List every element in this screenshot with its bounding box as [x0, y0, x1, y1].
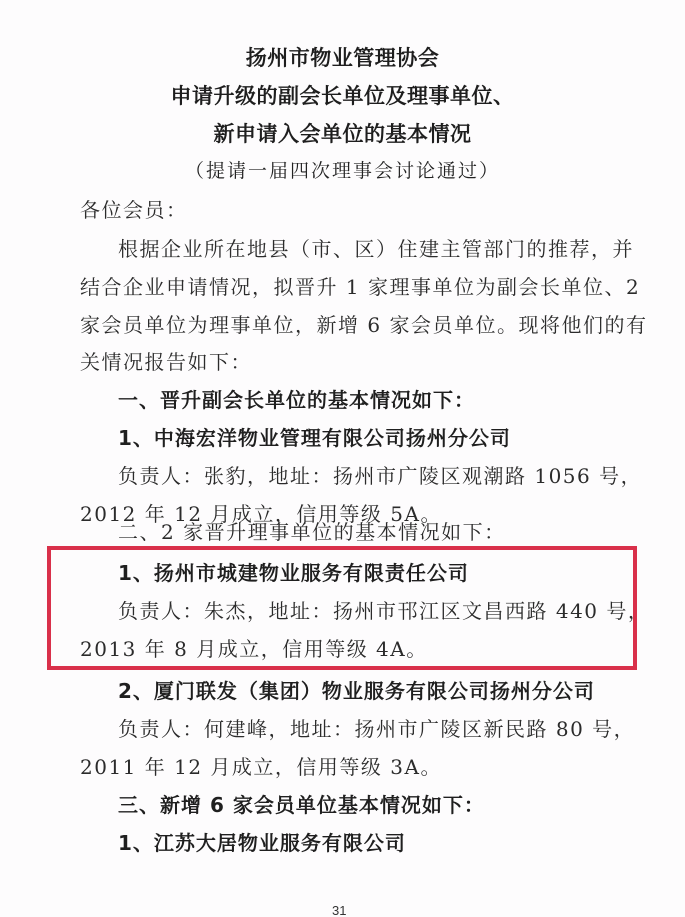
salutation: 各位会员：: [80, 194, 188, 223]
intro-line-3: 家会员单位为理事单位，新增 6 家会员单位。现将他们的有: [80, 309, 647, 338]
section-2-entry-1-name: 1、扬州市城建物业服务有限责任公司: [118, 557, 469, 586]
intro-line-4: 关情况报告如下：: [80, 346, 252, 375]
section-2-entry-1-detail-1: 负责人：朱杰，地址：扬州市邗江区文昌西路 440 号，: [118, 595, 649, 624]
section-1-entry-1-name: 1、中海宏洋物业管理有限公司扬州分公司: [118, 422, 511, 451]
section-3-heading: 三、新增 6 家会员单位基本情况如下：: [118, 789, 485, 818]
section-3-entry-1-name: 1、江苏大居物业服务有限公司: [118, 827, 406, 856]
document-subtitle: （提请一届四次理事会讨论通过）: [0, 156, 685, 183]
section-2-entry-1-detail-2: 2013 年 8 月成立，信用等级 4A。: [80, 633, 428, 662]
intro-line-1: 根据企业所在地县（市、区）住建主管部门的推荐，并: [118, 233, 634, 262]
document-page: 扬州市物业管理协会 申请升级的副会长单位及理事单位、 新申请入会单位的基本情况 …: [0, 0, 685, 917]
section-2-entry-2-detail-2: 2011 年 12 月成立，信用等级 3A。: [80, 751, 442, 780]
section-1-entry-1-detail-1: 负责人：张豹，地址：扬州市广陵区观潮路 1056 号，: [118, 460, 642, 489]
document-title-line-1: 扬州市物业管理协会: [0, 42, 685, 72]
document-title-line-3: 新申请入会单位的基本情况: [0, 118, 685, 148]
section-2-heading: 二、2 家晋升理事单位的基本情况如下：: [118, 516, 506, 545]
section-2-entry-2-name: 2、厦门联发（集团）物业服务有限公司扬州分公司: [118, 675, 595, 704]
intro-line-2: 结合企业申请情况，拟晋升 1 家理事单位为副会长单位、2: [80, 271, 640, 300]
section-1-heading: 一、晋升副会长单位的基本情况如下：: [118, 384, 475, 413]
page-number: 31: [332, 903, 346, 917]
document-title-line-2: 申请升级的副会长单位及理事单位、: [0, 80, 685, 110]
section-2-entry-2-detail-1: 负责人：何建峰，地址：扬州市广陵区新民路 80 号，: [118, 713, 635, 742]
